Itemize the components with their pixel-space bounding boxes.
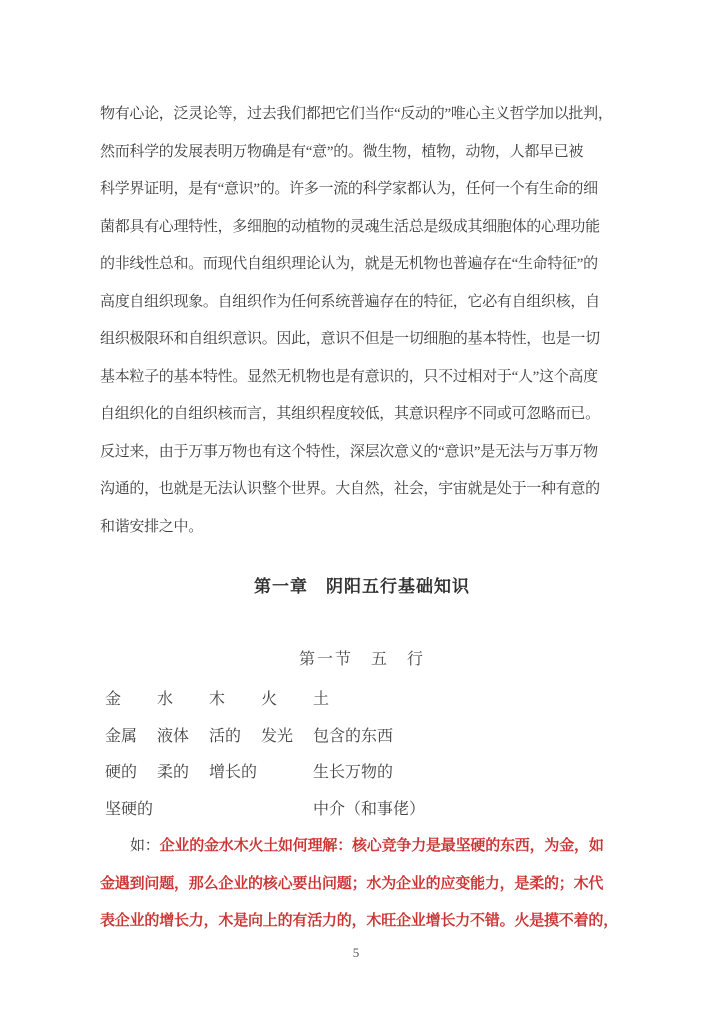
table-header-row: 金 水 木 火 土: [105, 682, 535, 719]
table-cell: 增长的: [209, 755, 261, 792]
intro-paragraph: 物有心论，泛灵论等，过去我们都把它们当作“反动的”唯心主义哲学加以批判， 然而科…: [100, 96, 630, 546]
section-heading: 第一节 五 行: [0, 646, 724, 669]
example-red-text: 企业的金水木火土如何理解：核心竞争力是最坚硬的东西，为金，如: [160, 838, 604, 854]
table-cell: 土: [313, 682, 535, 719]
table-cell: 木: [209, 682, 261, 719]
table-row: 坚硬的 中介（和事佬）: [105, 792, 535, 829]
paragraph-line: 和谐安排之中。: [100, 509, 630, 547]
document-page: 物有心论，泛灵论等，过去我们都把它们当作“反动的”唯心主义哲学加以批判， 然而科…: [0, 0, 724, 1024]
table-cell: 金: [105, 682, 157, 719]
five-elements-table: 金 水 木 火 土 金属 液体 活的 发光 包含的东西: [105, 682, 535, 828]
table-cell: 液体: [157, 719, 209, 756]
table-cell: 火: [261, 682, 313, 719]
table-cell: 生长万物的: [313, 755, 535, 792]
table-cell: 水: [157, 682, 209, 719]
example-line: 金遇到问题，那么企业的核心要出问题；水为企业的应变能力，是柔的；木代: [100, 866, 640, 904]
example-line: 表企业的增长力，木是向上的有活力的，木旺企业增长力不错。火是摸不着的，: [100, 903, 640, 941]
paragraph-line: 基本粒子的基本特性。显然无机物也是有意识的，只不过相对于“人”这个高度: [100, 359, 630, 397]
paragraph-line: 物有心论，泛灵论等，过去我们都把它们当作“反动的”唯心主义哲学加以批判，: [100, 96, 630, 134]
table-cell: [261, 755, 313, 792]
table-cell: 活的: [209, 719, 261, 756]
paragraph-line: 菌都具有心理特性，多细胞的动植物的灵魂生活总是级成其细胞体的心理功能: [100, 209, 630, 247]
paragraph-line: 组织极限环和自组织意识。因此，意识不但是一切细胞的基本特性，也是一切: [100, 321, 630, 359]
page-number: 5: [0, 945, 712, 961]
table-row: 硬的 柔的 增长的 生长万物的: [105, 755, 535, 792]
table-cell: 金属: [105, 719, 157, 756]
example-line: 如：企业的金水木火土如何理解：核心竞争力是最坚硬的东西，为金，如: [100, 828, 640, 866]
table-cell: [209, 792, 261, 829]
paragraph-line: 自组织化的自组织核而言，其组织程度较低，其意识程序不同或可忽略而已。: [100, 396, 630, 434]
paragraph-line: 科学界证明，是有“意识”的。许多一流的科学家都认为，任何一个有生命的细: [100, 171, 630, 209]
example-paragraph: 如：企业的金水木火土如何理解：核心竞争力是最坚硬的东西，为金，如 金遇到问题，那…: [100, 828, 640, 941]
table-cell: 坚硬的: [105, 792, 157, 829]
table-cell: 柔的: [157, 755, 209, 792]
table-cell: 硬的: [105, 755, 157, 792]
table-cell: [261, 792, 313, 829]
table-cell: 包含的东西: [313, 719, 535, 756]
paragraph-line: 然而科学的发展表明万物确是有“意”的。微生物，植物，动物，人都早已被: [100, 134, 630, 172]
table-cell: [157, 792, 209, 829]
table-cell: 中介（和事佬）: [313, 792, 535, 829]
paragraph-line: 高度自组织现象。自组织作为任何系统普遍存在的特征，它必有自组织核，自: [100, 284, 630, 322]
example-prefix: 如：: [130, 838, 160, 854]
paragraph-line: 反过来，由于万事万物也有这个特性，深层次意义的“意识”是无法与万事万物: [100, 434, 630, 472]
paragraph-line: 的非线性总和。而现代自组织理论认为，就是无机物也普遍存在“生命特征”的: [100, 246, 630, 284]
table-row: 金属 液体 活的 发光 包含的东西: [105, 719, 535, 756]
table-cell: 发光: [261, 719, 313, 756]
paragraph-line: 沟通的，也就是无法认识整个世界。大自然，社会，宇宙就是处于一种有意的: [100, 471, 630, 509]
chapter-heading: 第一章 阴阳五行基础知识: [0, 572, 724, 597]
